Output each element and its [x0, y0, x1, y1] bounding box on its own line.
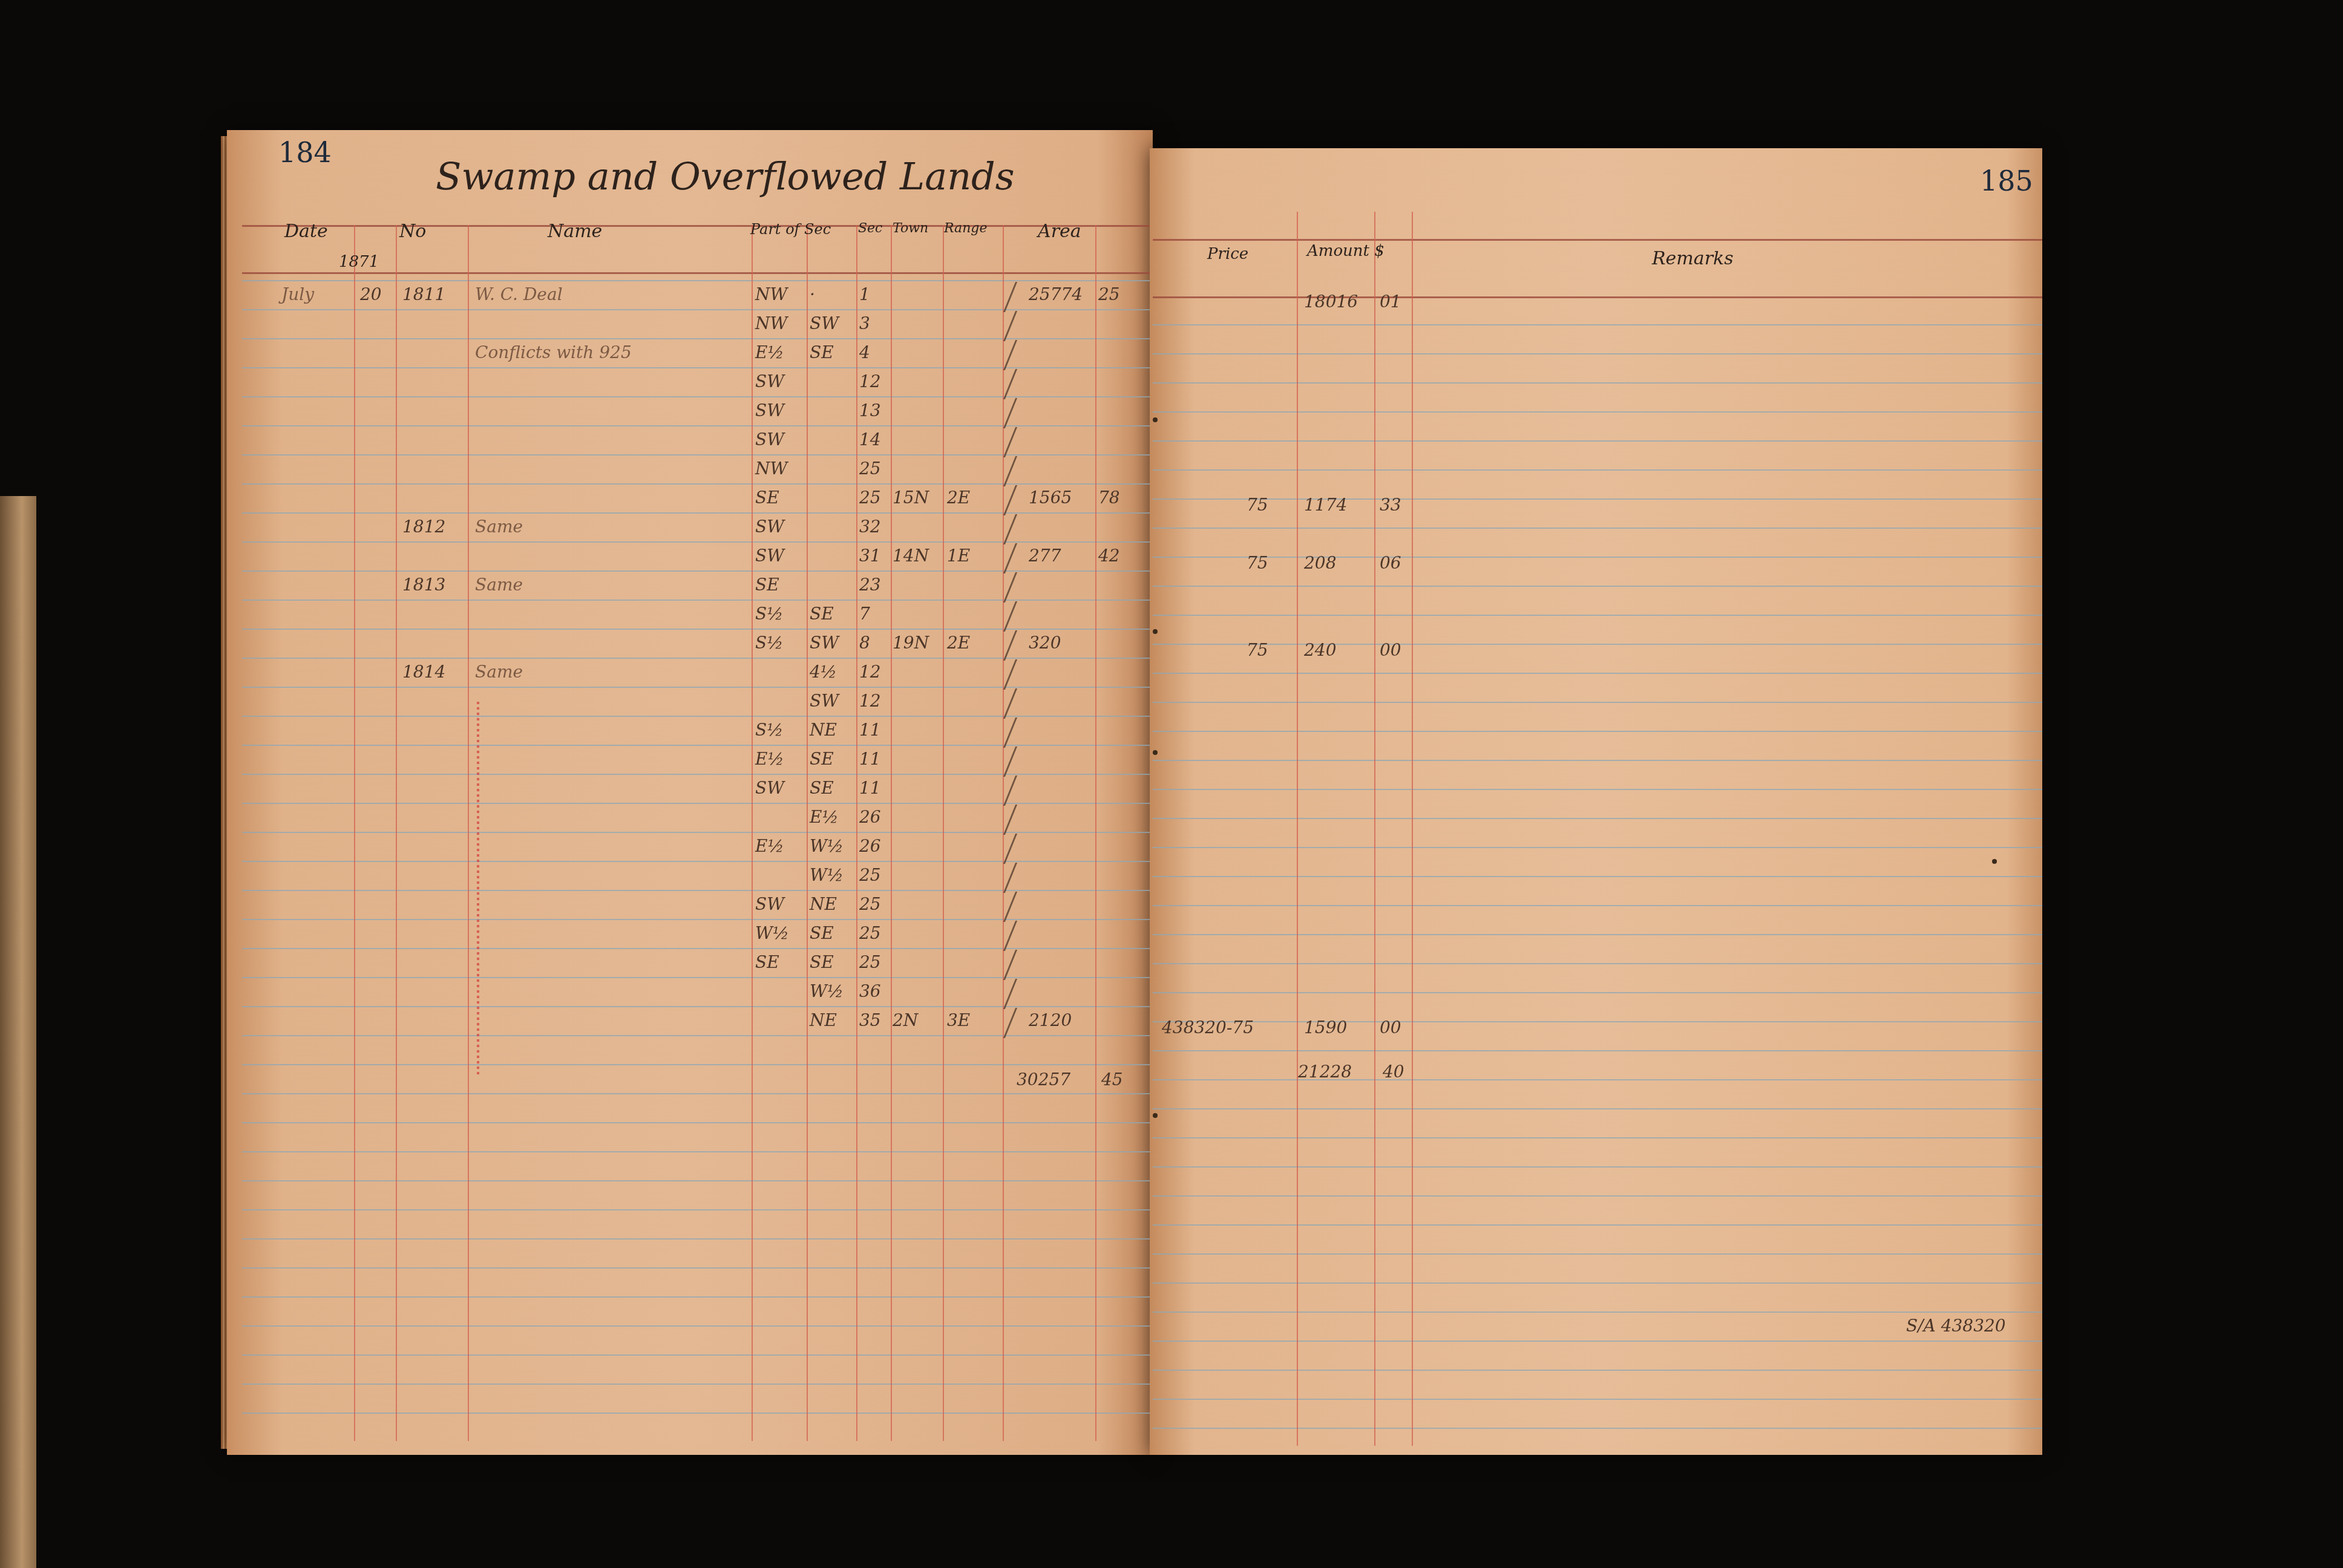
row-price: 75	[1247, 553, 1268, 573]
row-rule	[1153, 615, 2042, 616]
header-part-of-sec: Part of Sec	[750, 221, 831, 238]
row-section: 26	[859, 807, 881, 827]
row-rule	[1153, 673, 2042, 674]
header-price: Price	[1207, 245, 1248, 263]
row-part-of-section: SE	[755, 575, 779, 595]
column-rule	[891, 225, 892, 1441]
row-amount: 208	[1304, 553, 1336, 573]
row-area: 320	[1029, 633, 1061, 653]
row-rule	[242, 570, 1150, 572]
row-rule	[1153, 239, 2042, 241]
header-year: 1871	[339, 253, 379, 271]
row-cents: 00	[1380, 1018, 1401, 1037]
row-area-fraction: 42	[1098, 546, 1120, 566]
row-name: W. C. Deal	[475, 284, 563, 304]
row-part-of-section: SW	[755, 400, 784, 420]
row-part-of-section: NW	[755, 313, 787, 333]
row-rule	[1153, 1370, 2042, 1371]
row-township: 2N	[893, 1010, 918, 1030]
row-rule	[1153, 876, 2042, 877]
column-rule	[1374, 212, 1375, 1446]
row-section: 32	[859, 517, 881, 537]
row-rule	[1153, 1050, 2042, 1051]
row-section: 11	[859, 778, 881, 798]
header-remarks: Remarks	[1652, 248, 1734, 269]
row-section: 25	[859, 952, 881, 972]
row-rule	[1153, 1166, 2042, 1168]
row-rule	[242, 687, 1150, 688]
row-name: Same	[475, 517, 523, 537]
row-rule	[1153, 1312, 2042, 1313]
row-area: 25774	[1029, 284, 1083, 304]
row-rule	[242, 280, 1150, 281]
row-price: 75	[1247, 640, 1268, 660]
row-rule	[1153, 934, 2042, 935]
binding-stitch	[1153, 1113, 1158, 1118]
column-rule	[468, 225, 469, 1441]
row-subdivision: E½	[810, 807, 839, 827]
row-rule	[242, 396, 1150, 397]
row-part-of-section: NW	[755, 459, 787, 479]
row-section: 4	[859, 342, 870, 362]
row-part-of-section: SW	[755, 778, 784, 798]
row-day: 20	[360, 284, 382, 304]
footnote: S/A 438320	[1906, 1316, 2006, 1336]
row-part-of-section: S½	[755, 604, 783, 624]
row-rule	[1153, 1341, 2042, 1342]
row-part-of-section: E½	[755, 836, 784, 856]
row-number: 1814	[402, 662, 445, 682]
row-rule	[242, 658, 1150, 659]
row-rule	[1153, 1195, 2042, 1197]
row-amount: 1174	[1304, 495, 1347, 515]
row-rule	[242, 309, 1150, 310]
column-rule	[943, 225, 944, 1441]
row-area: 2120	[1029, 1010, 1072, 1030]
row-rule	[242, 1180, 1150, 1181]
column-rule	[856, 225, 857, 1441]
row-section: 1	[859, 284, 870, 304]
row-rule	[242, 716, 1150, 717]
row-rule	[242, 1325, 1150, 1327]
row-rule	[242, 774, 1150, 775]
row-subdivision: SW	[810, 633, 839, 653]
row-rule	[242, 890, 1150, 891]
row-subdivision: SE	[810, 342, 834, 362]
row-name: Same	[475, 662, 523, 682]
row-rule	[242, 1383, 1150, 1385]
row-rule	[242, 454, 1150, 456]
column-rule	[807, 225, 808, 1441]
row-rule	[242, 1413, 1150, 1414]
row-range: 2E	[947, 633, 970, 653]
binding-stitch	[1153, 750, 1158, 755]
row-area: 277	[1029, 546, 1061, 566]
page-number-right: 185	[1980, 165, 2033, 197]
row-subdivision: NE	[810, 720, 837, 740]
row-subdivision: SW	[810, 313, 839, 333]
row-part-of-section: SW	[755, 546, 784, 566]
row-rule	[1153, 1021, 2042, 1022]
row-rule	[242, 745, 1150, 746]
total-cents: 40	[1383, 1062, 1404, 1082]
row-subdivision: ·	[810, 284, 815, 304]
row-section: 7	[859, 604, 870, 624]
row-section: 36	[859, 981, 881, 1001]
row-rule	[1153, 586, 2042, 587]
row-rule	[1153, 1108, 2042, 1109]
row-subdivision: SE	[810, 952, 834, 972]
row-part-of-section: SE	[755, 488, 779, 508]
row-rule	[1153, 1399, 2042, 1400]
row-rule	[242, 1093, 1150, 1094]
row-rule	[1153, 644, 2042, 645]
column-rule	[396, 225, 397, 1441]
column-rule	[752, 225, 753, 1441]
row-rule	[242, 425, 1150, 426]
row-subdivision: W½	[810, 836, 844, 856]
left-page-184	[227, 130, 1153, 1455]
row-amount: 18016	[1304, 292, 1358, 312]
row-rule	[1153, 411, 2042, 413]
row-rule	[242, 629, 1150, 630]
row-part-of-section: SW	[755, 517, 784, 537]
row-subdivision: W½	[810, 865, 844, 885]
row-subdivision: SW	[810, 691, 839, 711]
row-area-fraction: 25	[1098, 284, 1120, 304]
row-subdivision: NE	[810, 894, 837, 914]
row-rule	[242, 1122, 1150, 1123]
row-number: 1812	[402, 517, 445, 537]
row-area: 1565	[1029, 488, 1072, 508]
header-no: No	[399, 221, 426, 242]
row-name: Conflicts with 925	[475, 342, 632, 362]
row-rule	[1153, 528, 2042, 529]
row-rule	[242, 1238, 1150, 1240]
row-rule	[242, 1209, 1150, 1210]
header-town: Town	[893, 221, 928, 236]
row-rule	[1153, 1428, 2042, 1429]
row-rule	[1153, 324, 2042, 325]
row-rule	[1153, 963, 2042, 964]
row-number: 1811	[402, 284, 445, 304]
row-section: 8	[859, 633, 870, 653]
row-section: 25	[859, 459, 881, 479]
row-rule	[1153, 440, 2042, 442]
row-subdivision: 4½	[810, 662, 837, 682]
row-township: 19N	[893, 633, 929, 653]
row-rule	[1153, 847, 2042, 848]
red-margin-marks	[477, 702, 479, 1077]
row-cents: 01	[1380, 292, 1401, 312]
row-rule	[242, 1267, 1150, 1269]
row-rule	[242, 1354, 1150, 1356]
row-rule	[242, 367, 1150, 368]
column-rule	[1095, 225, 1096, 1441]
column-rule	[1297, 212, 1298, 1446]
row-section: 12	[859, 691, 881, 711]
row-rule	[1153, 1282, 2042, 1284]
row-rule	[242, 1006, 1150, 1007]
total-area: 30257	[1017, 1070, 1070, 1089]
row-rule	[1153, 760, 2042, 761]
row-rule	[242, 977, 1150, 978]
right-page-185	[1150, 148, 2042, 1455]
header-amount: Amount $	[1307, 242, 1384, 260]
row-rule	[242, 338, 1150, 339]
row-section: 25	[859, 488, 881, 508]
row-township: 14N	[893, 546, 929, 566]
row-range: 3E	[947, 1010, 970, 1030]
header-date: Date	[284, 221, 328, 242]
header-name: Name	[548, 221, 602, 242]
row-amount: 240	[1304, 640, 1336, 660]
row-rule	[242, 803, 1150, 804]
row-part-of-section: S½	[755, 720, 783, 740]
header-range: Range	[944, 221, 987, 236]
total-area-frac: 45	[1101, 1070, 1123, 1089]
row-number: 1813	[402, 575, 445, 595]
header-area: Area	[1038, 221, 1081, 242]
row-section: 25	[859, 894, 881, 914]
row-range: 1E	[947, 546, 970, 566]
row-rule	[1153, 1079, 2042, 1080]
row-rule	[1153, 1224, 2042, 1226]
row-section: 35	[859, 1010, 881, 1030]
row-rule	[242, 919, 1150, 920]
row-section: 3	[859, 313, 870, 333]
row-section: 25	[859, 923, 881, 943]
row-part-of-section: SW	[755, 371, 784, 391]
row-rule	[1153, 818, 2042, 819]
row-subdivision: SE	[810, 923, 834, 943]
row-rule	[1153, 557, 2042, 558]
row-rule	[242, 272, 1150, 274]
row-amount: 1590	[1304, 1018, 1347, 1037]
row-area-fraction: 78	[1098, 488, 1120, 508]
row-rule	[1153, 1253, 2042, 1255]
row-rule	[242, 541, 1150, 543]
row-rule	[1153, 731, 2042, 732]
row-part-of-section: SW	[755, 894, 784, 914]
row-rule	[1153, 905, 2042, 906]
row-part-of-section: S½	[755, 633, 783, 653]
row-cents: 06	[1380, 553, 1401, 573]
row-date: July	[281, 284, 314, 304]
header-sec: Sec	[858, 221, 882, 236]
row-name: Same	[475, 575, 523, 595]
row-section: 11	[859, 749, 881, 769]
row-section: 12	[859, 371, 881, 391]
row-rule	[242, 1296, 1150, 1298]
row-price: 438320-75	[1162, 1018, 1254, 1037]
row-rule	[242, 1151, 1150, 1152]
row-section: 26	[859, 836, 881, 856]
row-rule	[242, 948, 1150, 949]
binding-stitch	[1153, 417, 1158, 422]
row-section: 23	[859, 575, 881, 595]
row-section: 14	[859, 430, 881, 449]
row-part-of-section: SW	[755, 430, 784, 449]
row-rule	[1153, 469, 2042, 471]
row-rule	[242, 512, 1150, 514]
row-rule	[242, 599, 1150, 601]
row-part-of-section: SE	[755, 952, 779, 972]
row-section: 11	[859, 720, 881, 740]
row-range: 2E	[947, 488, 970, 508]
row-section: 12	[859, 662, 881, 682]
row-rule	[242, 1035, 1150, 1036]
row-rule	[1153, 382, 2042, 384]
row-township: 15N	[893, 488, 929, 508]
row-subdivision: SE	[810, 778, 834, 798]
total-amount: 21228	[1298, 1062, 1352, 1082]
row-rule	[1153, 1137, 2042, 1138]
ledger-title: Swamp and Overflowed Lands	[436, 154, 1015, 198]
ink-spot	[1992, 859, 1997, 864]
adjacent-book-edge	[0, 496, 36, 1568]
row-subdivision: SE	[810, 749, 834, 769]
row-part-of-section: W½	[755, 923, 789, 943]
row-section: 13	[859, 400, 881, 420]
binding-stitch	[1153, 629, 1158, 634]
page-number-left: 184	[278, 136, 332, 169]
row-part-of-section: NW	[755, 284, 787, 304]
row-subdivision: W½	[810, 981, 844, 1001]
row-section: 25	[859, 865, 881, 885]
row-rule	[1153, 498, 2042, 500]
row-rule	[242, 225, 1150, 227]
row-rule	[1153, 992, 2042, 993]
row-rule	[1153, 789, 2042, 790]
row-cents: 33	[1380, 495, 1401, 515]
row-subdivision: SE	[810, 604, 834, 624]
row-part-of-section: E½	[755, 749, 784, 769]
row-rule	[242, 1064, 1150, 1065]
row-rule	[242, 861, 1150, 862]
row-section: 31	[859, 546, 881, 566]
row-rule	[1153, 353, 2042, 354]
row-rule	[242, 483, 1150, 485]
column-rule	[354, 225, 355, 1441]
row-part-of-section: E½	[755, 342, 784, 362]
row-rule	[1153, 702, 2042, 703]
row-subdivision: NE	[810, 1010, 837, 1030]
row-rule	[1153, 296, 2042, 298]
column-rule	[1412, 212, 1413, 1446]
row-rule	[242, 832, 1150, 833]
row-price: 75	[1247, 495, 1268, 515]
row-cents: 00	[1380, 640, 1401, 660]
